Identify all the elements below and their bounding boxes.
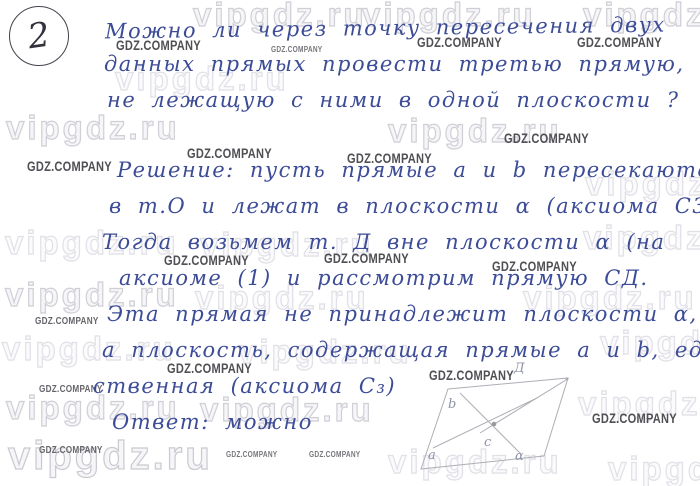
watermark-gdz-company: GDZ.COMPANY [226,450,277,459]
question-line: не лежащую с ними в одной плоскости ? [107,88,680,112]
label-point-d: Д [513,361,525,376]
solution-line: Решение: пусть прямые a и b пересекаются [117,158,700,182]
watermark-gdz-company: GDZ.COMPANY [309,450,360,459]
solution-line: Тогда возьмем т. Д вне плоскости α (на [102,230,665,254]
label-line-a: a [428,448,436,463]
solution-line: аксиоме (1) и рассмотрим прямую СД. [119,266,649,290]
watermark-vipgdz: vipgdz.ru [6,109,180,147]
watermark-vipgdz: vipgdz.ru [8,434,213,479]
task-number-badge: 2 [9,6,69,66]
solution-line: в т.О и лежат в плоскости α (аксиома С3)… [109,194,700,218]
notebook-scan-page: vipgdz.ru vipgdz.ru vipgdz.ru vipgdz.ru … [0,0,700,486]
watermark-vipgdz: vipgdz.ru [608,450,700,486]
geometry-sketch: Д b a c α [412,356,582,484]
point-d-dot [566,378,569,381]
task-number: 2 [25,15,52,58]
watermark-gdz-company: GDZ.COMPANY [35,316,99,327]
label-plane-alpha: α [515,449,524,464]
watermark-gdz-company: GDZ.COMPANY [592,411,677,426]
point-c-dot [492,422,497,427]
solution-line: ственная (аксиома С₃) [93,374,396,398]
solution-line: Эта прямая не принадлежит плоскости α, [107,302,698,326]
watermark-gdz-company: GDZ.COMPANY [39,445,103,456]
solution-line: а плоскость, содержащая прямые a и b, ед… [102,338,700,362]
watermark-gdz-company: GDZ.COMPANY [504,131,589,146]
question-line: данных прямых провести третью прямую, [104,52,685,76]
label-line-b: b [448,397,456,412]
label-point-c: c [484,435,492,450]
watermark-gdz-company: GDZ.COMPANY [27,159,112,174]
answer-line: Ответ: можно [112,410,313,434]
